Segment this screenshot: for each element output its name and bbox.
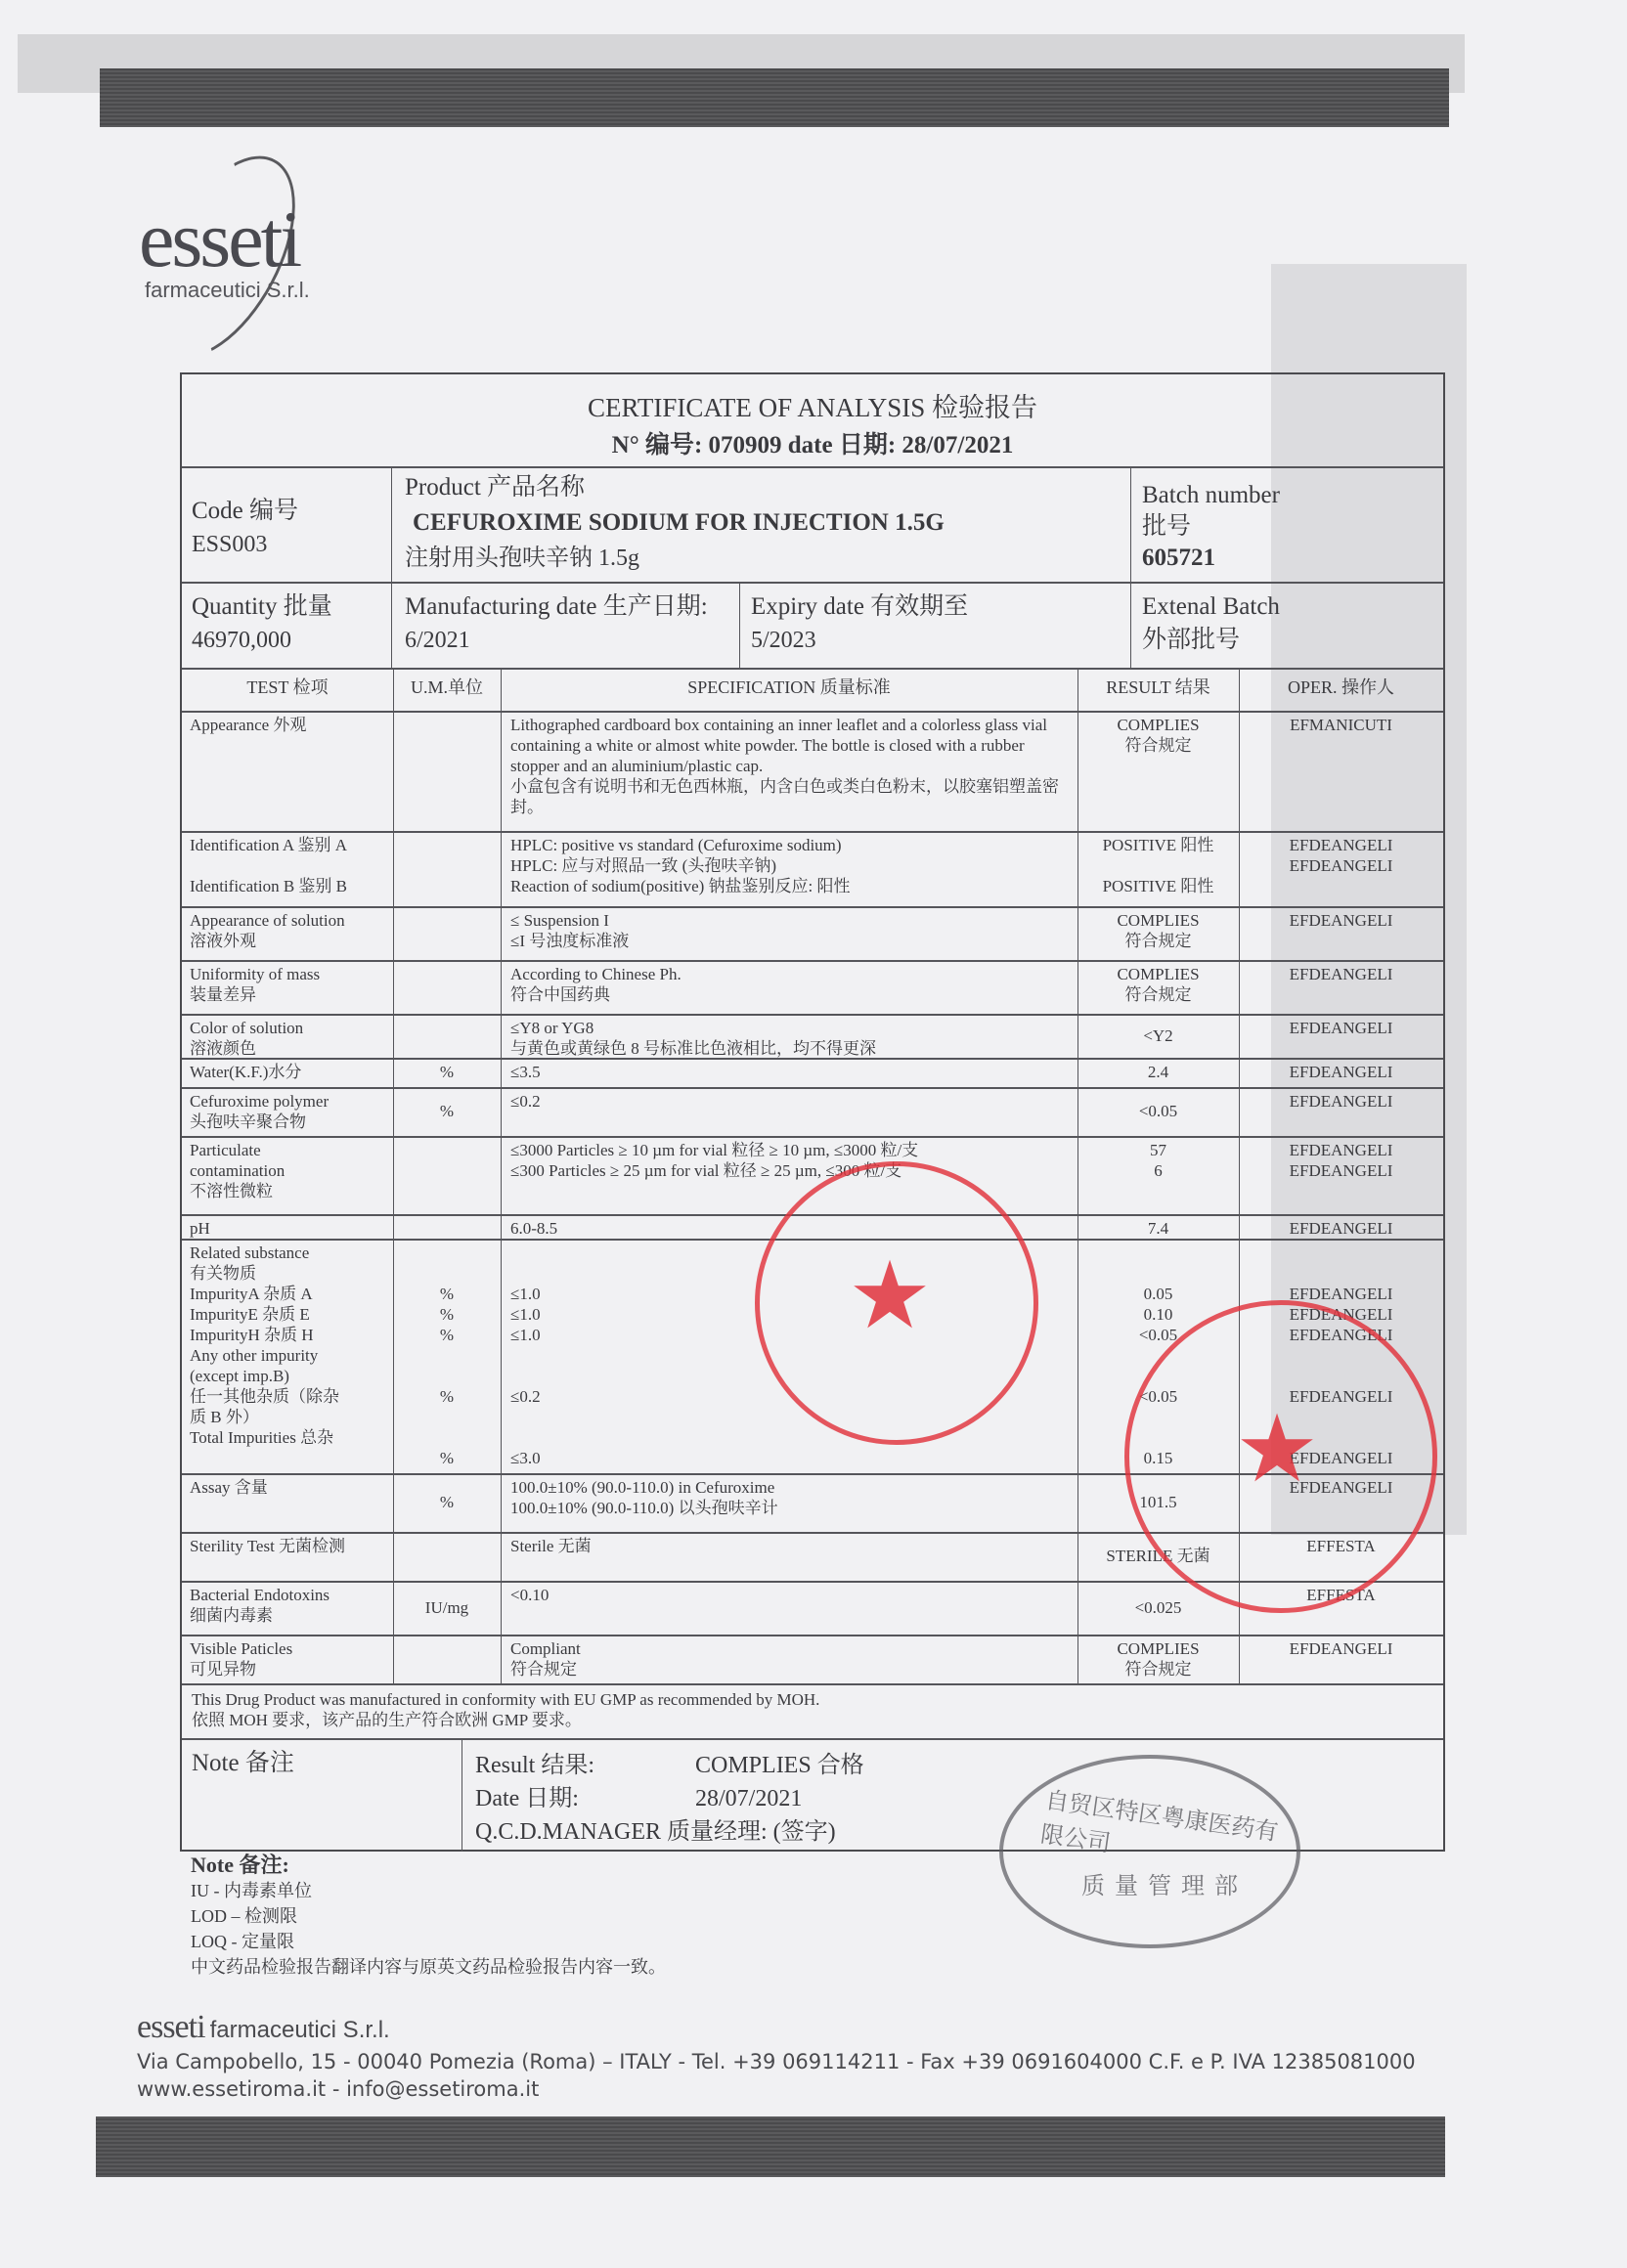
footer-web: www.essetiroma.it - info@essetiroma.it — [137, 2077, 1416, 2101]
specification: ≤Y8 or YG8 与黄色或黄绿色 8 号标准比色液相比，均不得更深 — [510, 1018, 1068, 1059]
result-value: 57 6 — [1077, 1140, 1239, 1181]
specification: ≤0.2 — [510, 1091, 1068, 1112]
note-line: IU - 内毒素单位 — [191, 1878, 666, 1903]
row-divider — [182, 1136, 1443, 1138]
result-value: COMPLIES 符合规定 — [1077, 1638, 1239, 1679]
test-name: Cefuroxime polymer 头孢呋辛聚合物 — [190, 1091, 391, 1132]
batch-label: Batch number — [1142, 480, 1280, 511]
result-value: COMPLIES 符合规定 — [1077, 715, 1239, 756]
code-value: ESS003 — [192, 529, 267, 560]
header-test: TEST 检项 — [182, 670, 393, 705]
logo-subtitle: farmaceutici S.r.l. — [145, 278, 310, 303]
gray-department-stamp: 自贸区特区粤康医药有限公司 质量管理部 — [999, 1755, 1300, 1948]
row-divider — [182, 831, 1443, 833]
test-name: Visible Paticles 可见异物 — [190, 1638, 391, 1679]
gray-stamp-bottom-text: 质量管理部 — [1081, 1866, 1248, 1900]
result-value: 2.4 — [1077, 1062, 1239, 1082]
test-name: Assay 含量 — [190, 1477, 391, 1498]
batch-label-cn: 批号 — [1142, 511, 1191, 543]
mfg-date-value: 6/2021 — [405, 625, 470, 656]
footer-logo-word: esseti — [137, 2009, 205, 2045]
company-footer: esseti farmaceutici S.r.l. Via Campobell… — [137, 2009, 1416, 2101]
qc-manager-signature: Q.C.D.MANAGER 质量经理: (签字) — [475, 1816, 836, 1848]
code-label: Code 编号 — [192, 496, 298, 527]
notes-title: Note 备注: — [191, 1853, 666, 1878]
date-value: 28/07/2021 — [695, 1783, 802, 1814]
test-name: Color of solution 溶液颜色 — [190, 1018, 391, 1059]
note-line: LOD – 检测限 — [191, 1903, 666, 1929]
red-company-stamp-1: ★ — [755, 1161, 1038, 1445]
test-name: Appearance 外观 — [190, 715, 391, 735]
footer-address: Via Campobello, 15 - 00040 Pomezia (Roma… — [137, 2050, 1416, 2073]
operator: EFDEANGELI — [1239, 1018, 1443, 1038]
specification: ≤3000 Particles ≥ 10 µm for vial 粒径 ≥ 10… — [510, 1140, 1068, 1181]
top-band — [100, 68, 1449, 127]
external-batch-label-cn: 外部批号 — [1142, 625, 1240, 656]
unit: % % % % % — [393, 1243, 501, 1468]
star-icon: ★ — [848, 1249, 932, 1343]
quantity-value: 46970,000 — [192, 625, 291, 656]
bottom-band — [96, 2116, 1445, 2177]
operator: EFDEANGELI EFDEANGELI — [1239, 1140, 1443, 1181]
certificate-number-line: N° 编号: 070909 date 日期: 28/07/2021 — [182, 425, 1443, 460]
row-divider — [182, 711, 1443, 713]
specification: Lithographed cardboard box containing an… — [510, 715, 1068, 817]
external-batch-label: Extenal Batch — [1142, 591, 1280, 623]
notes-section: Note 备注: IU - 内毒素单位 LOD – 检测限 LOQ - 定量限 … — [191, 1853, 666, 1980]
result-label: Result 结果: — [475, 1750, 594, 1781]
note-line: LOQ - 定量限 — [191, 1929, 666, 1954]
test-name: Identification A 鉴别 A Identification B 鉴… — [190, 835, 391, 896]
gmp-statement: This Drug Product was manufactured in co… — [192, 1689, 819, 1730]
test-name: Related substance 有关物质 ImpurityA 杂质 A Im… — [190, 1243, 391, 1448]
operator: EFMANICUTI — [1239, 715, 1443, 735]
certificate-table: CERTIFICATE OF ANALYSIS 检验报告 N° 编号: 0709… — [180, 372, 1445, 1852]
operator: EFDEANGELI — [1239, 1062, 1443, 1082]
specification: HPLC: positive vs standard (Cefuroxime s… — [510, 835, 1068, 896]
specification: ≤3.5 — [510, 1062, 1068, 1082]
specification: According to Chinese Ph. 符合中国药典 — [510, 964, 1068, 1005]
header-result: RESULT 结果 — [1077, 670, 1239, 705]
gmp-statement-en: This Drug Product was manufactured in co… — [192, 1689, 819, 1710]
test-name: pH — [190, 1218, 391, 1239]
mfg-date-label: Manufacturing date 生产日期: — [405, 591, 708, 623]
result-value: COMPLIES 符合规定 — [1077, 964, 1239, 1005]
gmp-statement-cn: 依照 MOH 要求，该产品的生产符合欧洲 GMP 要求。 — [192, 1710, 819, 1730]
test-name: Particulate contamination 不溶性微粒 — [190, 1140, 391, 1201]
specification: <0.10 — [510, 1585, 1068, 1605]
operator: EFDEANGELI — [1239, 1638, 1443, 1659]
operator: EFDEANGELI — [1239, 910, 1443, 931]
row-divider — [182, 1087, 1443, 1089]
row-divider — [182, 1683, 1443, 1685]
test-name: Sterility Test 无菌检测 — [190, 1536, 391, 1556]
specification: ≤ Suspension I ≤I 号浊度标准液 — [510, 910, 1068, 951]
specification: Sterile 无菌 — [510, 1536, 1068, 1556]
result-value: POSITIVE 阳性 POSITIVE 阳性 — [1077, 835, 1239, 896]
star-icon: ★ — [1235, 1403, 1319, 1497]
quantity-label: Quantity 批量 — [192, 591, 332, 623]
logo-wordmark: esseti — [139, 199, 299, 280]
operator: EFDEANGELI — [1239, 964, 1443, 984]
result-value: <0.025 — [1077, 1597, 1239, 1618]
header-operator: OPER. 操作人 — [1239, 670, 1443, 705]
test-name: Water(K.F.)水分 — [190, 1062, 391, 1082]
footer-logo-sub: farmaceutici S.r.l. — [210, 2017, 390, 2043]
column-divider — [462, 1738, 462, 1852]
certificate-title: CERTIFICATE OF ANALYSIS 检验报告 — [182, 386, 1443, 424]
test-name: Appearance of solution 溶液外观 — [190, 910, 391, 951]
specification: Compliant 符合规定 — [510, 1638, 1068, 1679]
result-value: COMPLIES 符合规定 — [1077, 910, 1239, 951]
unit: IU/mg — [393, 1597, 501, 1618]
result-value: <Y2 — [1077, 1025, 1239, 1046]
operator: EFDEANGELI EFDEANGELI — [1239, 835, 1443, 876]
red-company-stamp-2: ★ — [1124, 1300, 1437, 1613]
product-name-cn: 注射用头孢呋辛钠 1.5g — [405, 543, 639, 574]
row-divider — [182, 906, 1443, 908]
header-unit: U.M.单位 — [393, 670, 501, 705]
batch-value: 605721 — [1142, 543, 1215, 574]
company-logo: esseti farmaceutici S.r.l. — [127, 166, 401, 362]
date-label: Date 日期: — [475, 1783, 579, 1814]
product-name-en: CEFUROXIME SODIUM FOR INJECTION 1.5G — [413, 509, 945, 537]
note-line: 中文药品检验报告翻译内容与原英文药品检验报告内容一致。 — [191, 1954, 666, 1980]
row-divider — [182, 1635, 1443, 1636]
test-name: Uniformity of mass 装量差异 — [190, 964, 391, 1005]
row-divider — [182, 1738, 1443, 1740]
expiry-date-label: Expiry date 有效期至 — [751, 591, 968, 623]
row-divider — [182, 1058, 1443, 1060]
operator: EFDEANGELI — [1239, 1218, 1443, 1239]
row-divider — [182, 960, 1443, 962]
product-label: Product 产品名称 — [405, 472, 585, 503]
result-value: COMPLIES 合格 — [695, 1750, 864, 1781]
header-specification: SPECIFICATION 质量标准 — [501, 670, 1077, 705]
unit: % — [393, 1062, 501, 1082]
specification: 100.0±10% (90.0-110.0) in Cefuroxime 100… — [510, 1477, 1068, 1518]
operator: EFDEANGELI — [1239, 1091, 1443, 1112]
row-divider — [182, 1014, 1443, 1016]
unit: % — [393, 1101, 501, 1121]
result-value: <0.05 — [1077, 1101, 1239, 1121]
note-label: Note 备注 — [192, 1748, 294, 1779]
unit: % — [393, 1492, 501, 1512]
expiry-date-value: 5/2023 — [751, 625, 816, 656]
test-name: Bacterial Endotoxins 细菌内毒素 — [190, 1585, 391, 1626]
result-value: 7.4 — [1077, 1218, 1239, 1239]
